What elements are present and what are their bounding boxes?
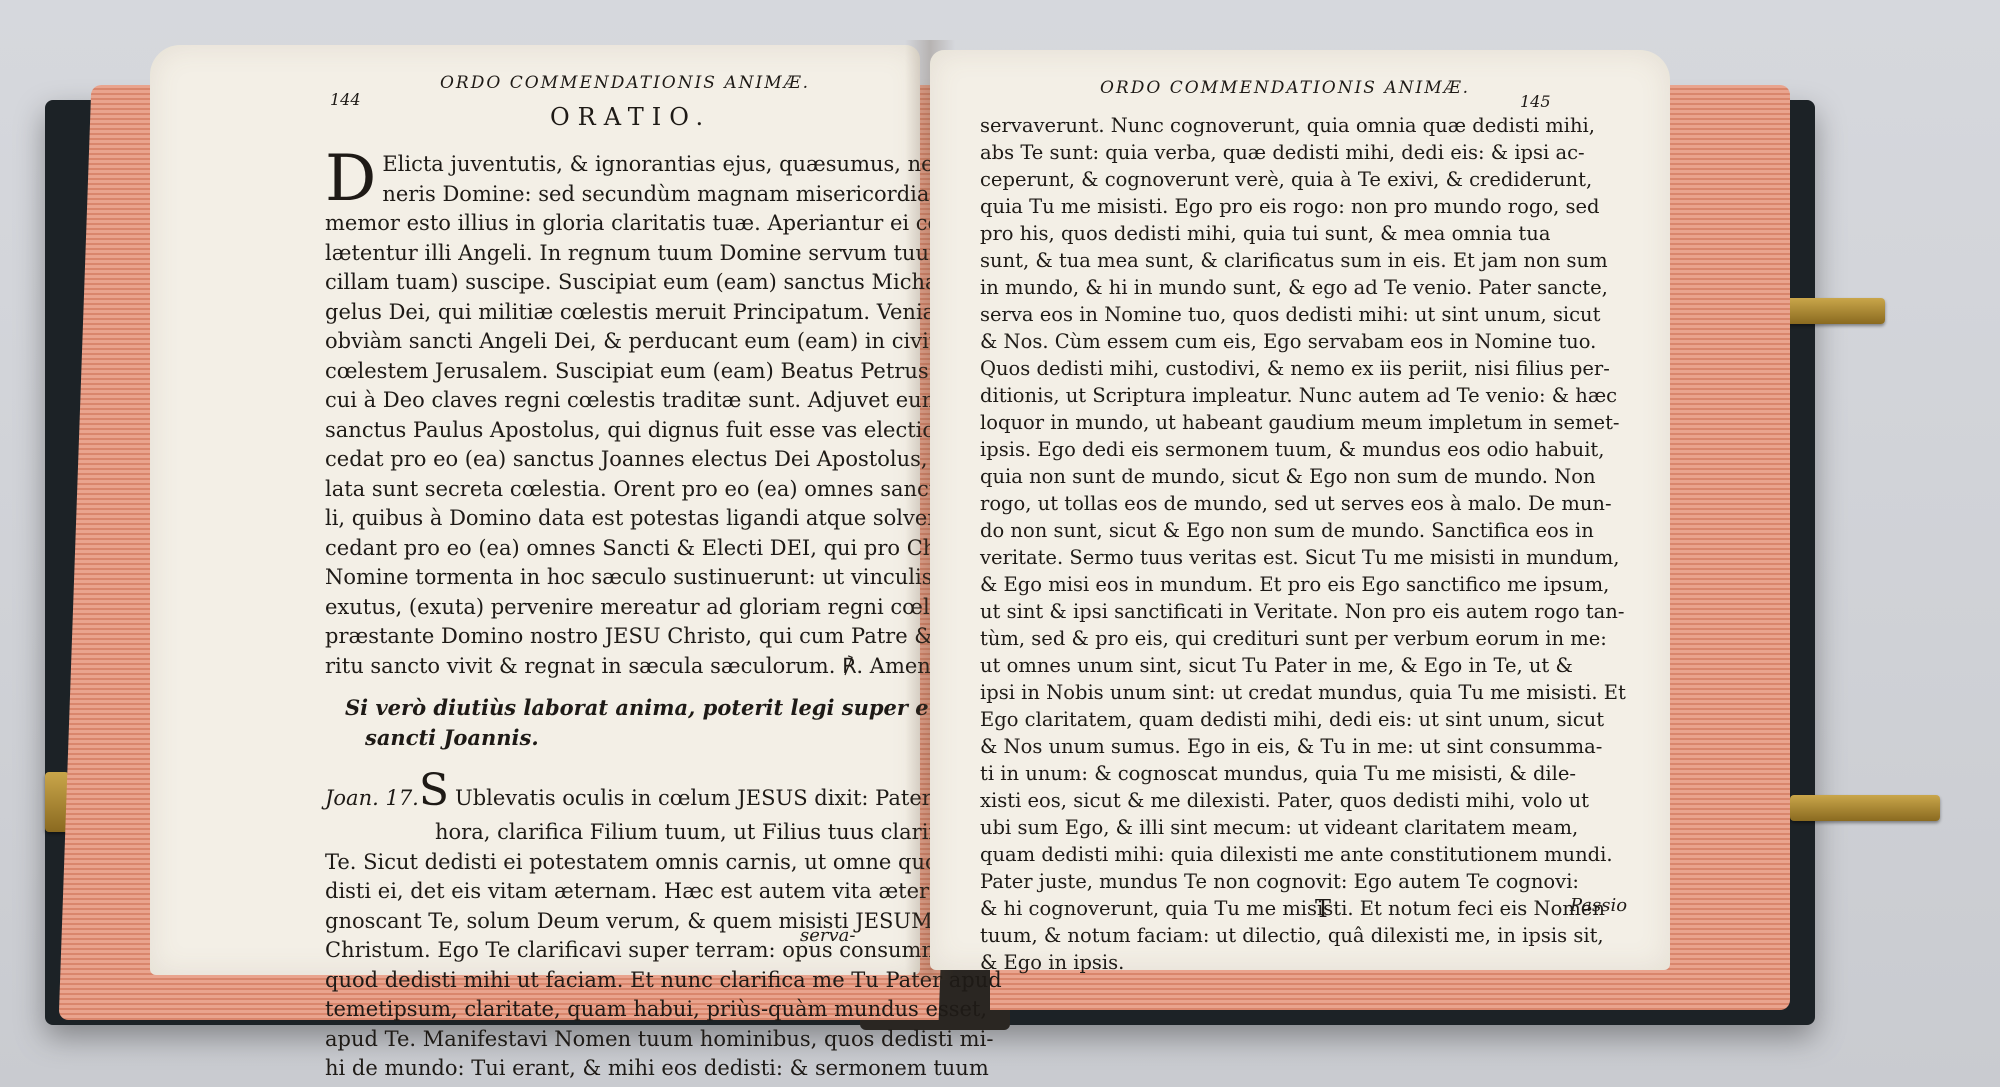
text-line: in mundo, & hi in mundo sunt, & ego ad T… [980,274,1626,301]
text-line: tuum, & notum faciam: ut dilectio, quâ d… [980,922,1626,949]
catchword: serva- [800,925,855,946]
running-head: ORDO COMMENDATIONIS ANIMÆ. [440,73,810,93]
text-line: & Ego in ipsis. [980,949,1626,976]
text-line: ubi sum Ego, & illi sint mecum: ut videa… [980,814,1626,841]
text-line: pro his, quos dedisti mihi, quia tui sun… [980,220,1626,247]
text-line: xisti eos, sicut & me dilexisti. Pater, … [980,787,1626,814]
brass-clasp-right-lower [1790,795,1940,821]
text-line: tùm, sed & pro eis, qui credituri sunt p… [980,625,1626,652]
text-line: Quos dedisti mihi, custodivi, & nemo ex … [980,355,1626,382]
text-line: quia non sunt de mundo, sicut & Ego non … [980,463,1626,490]
drop-cap: D [325,152,376,206]
text-line: loquor in mundo, ut habeant gaudium meum… [980,409,1626,436]
catchword: Passio [1570,895,1627,916]
text-line: sunt, & tua mea sunt, & clarificatus sum… [980,247,1626,274]
marginal-reference: Joan. 17. [325,786,419,810]
text-line: ut omnes unum sint, sicut Tu Pater in me… [980,652,1626,679]
text-line: Pater juste, mundus Te non cognovit: Ego… [980,868,1626,895]
text-line: ipsi in Nobis unum sint: ut credat mundu… [980,679,1626,706]
left-page: 144 ORDO COMMENDATIONIS ANIMÆ. ORATIO. D… [150,45,920,975]
text-line: ditionis, ut Scriptura impleatur. Nunc a… [980,382,1626,409]
text-line: & hi cognoverunt, quia Tu me misisti. Et… [980,895,1626,922]
signature-mark: T [1315,895,1331,923]
text-line: do non sunt, sicut & Ego non sum de mund… [980,517,1626,544]
text-line: abs Te sunt: quia verba, quæ dedisti mih… [980,139,1626,166]
text-line: serva eos in Nomine tuo, quos dedisti mi… [980,301,1626,328]
text-line: rogo, ut tollas eos de mundo, sed ut ser… [980,490,1626,517]
text-line: quam dedisti mihi: quia dilexisti me ant… [980,841,1626,868]
text-line: ut sint & ipsi sanctificati in Veritate.… [980,598,1626,625]
text-line: servaverunt. Nunc cognoverunt, quia omni… [980,112,1626,139]
section-title: ORATIO. [550,103,711,131]
text-line: temetipsum, claritate, quam habui, priùs… [325,995,1161,1025]
text-line: Ego claritatem, quam dedisti mihi, dedi … [980,706,1626,733]
running-head: ORDO COMMENDATIONIS ANIMÆ. [1100,78,1470,98]
text-line: & Ego misi eos in mundum. Et pro eis Ego… [980,571,1626,598]
text-line: hi de mundo: Tui erant, & mihi eos dedis… [325,1054,1161,1084]
gospel-text: servaverunt. Nunc cognoverunt, quia omni… [980,112,1626,976]
text-line: & Nos unum sumus. Ego in eis, & Tu in me… [980,733,1626,760]
text-line: ipsis. Ego dedi eis sermonem tuum, & mun… [980,436,1626,463]
text-line: ti in unum: & cognoscat mundus, quia Tu … [980,760,1626,787]
drop-cap: S [419,765,449,816]
text-line: apud Te. Manifestavi Nomen tuum hominibu… [325,1025,1161,1055]
text-line: quia Tu me misisti. Ego pro eis rogo: no… [980,193,1626,220]
page-number: 144 [330,90,361,109]
right-page: ORDO COMMENDATIONIS ANIMÆ. 145 servaveru… [930,50,1670,970]
page-number: 145 [1520,92,1551,111]
text-line: & Nos. Cùm essem cum eis, Ego servabam e… [980,328,1626,355]
text-line: veritate. Sermo tuus veritas est. Sicut … [980,544,1626,571]
text-line: ceperunt, & cognoverunt verè, quia à Te … [980,166,1626,193]
